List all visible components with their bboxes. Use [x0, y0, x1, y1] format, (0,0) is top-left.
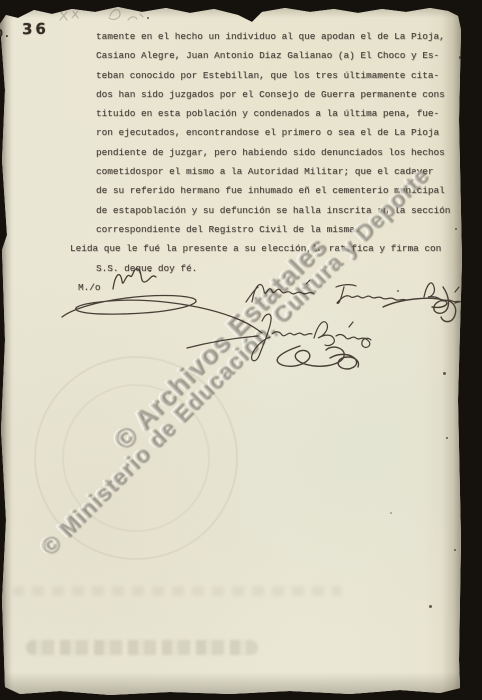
paper-edge-shadow-right [442, 0, 462, 700]
paper-edge-shadow-top [0, 0, 482, 18]
ink-speck [390, 512, 392, 514]
handwritten-signatures [0, 0, 482, 700]
paper-sheet: 0. 36 tamente en el hecho un individuo a… [0, 0, 482, 700]
paper-edge-shadow-bottom [0, 672, 482, 700]
scanned-document-page: 0. 36 tamente en el hecho un individuo a… [0, 0, 482, 700]
joaquin-blazquez-signature [187, 314, 371, 369]
left-rubric-signature [62, 269, 262, 333]
paper-edge-shadow-left [0, 0, 12, 700]
ink-speck [429, 605, 432, 608]
